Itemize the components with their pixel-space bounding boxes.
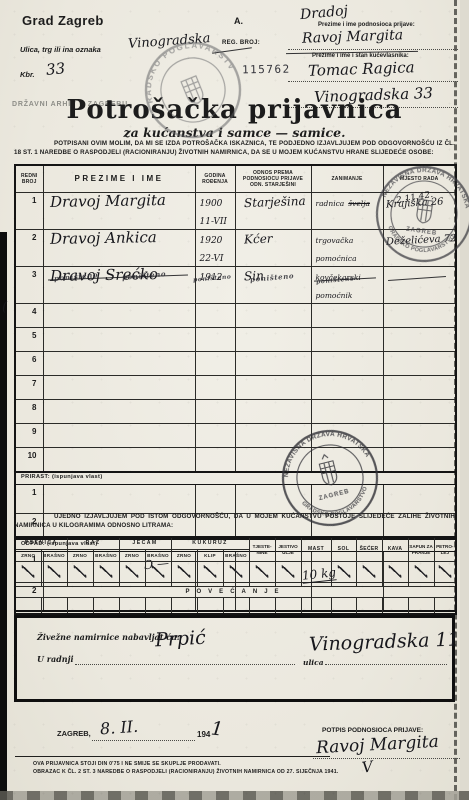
handwritten-birthdate: 22-VI <box>200 255 224 263</box>
dotted-line <box>92 740 195 741</box>
cancel-strike <box>388 276 446 281</box>
table-row: 10 <box>15 448 456 473</box>
form-subtitle: za kućanstva i samce — samice. <box>14 125 455 140</box>
nil-mark <box>230 565 243 579</box>
kbr-label: Kbr. <box>20 70 35 79</box>
dotted-line <box>75 664 295 665</box>
handwritten-occupation: pomoćnica <box>316 255 357 263</box>
handwritten-year: 1920 <box>200 237 223 245</box>
shop-street-handwritten: Vinogradska 11 <box>309 628 460 655</box>
section-letter: A. <box>234 16 243 26</box>
declaration-paragraph: UJEDNO IZJAVLJUJEM POD ISTOM ODGOVORNOŠĆ… <box>14 513 455 530</box>
prirast-row: 1 <box>15 485 456 514</box>
stamp-center-text: ZAGREB <box>318 489 350 502</box>
col-header-relation: ODNOS PREMA PODNOSIOCU PRIJAVE ODN. STAR… <box>235 165 311 193</box>
left-scan-bar <box>0 232 7 800</box>
nil-mark <box>438 565 451 579</box>
nil-mark <box>282 565 295 579</box>
supplies-table: PŠENICA RAŽ JEČAM KUKURUZ TJESTE- NINE J… <box>14 536 457 615</box>
fineprint-line2: OBRAZAC K ČL. 2 ST. 3 NAREDBE O RASPODJE… <box>33 769 338 775</box>
table-row: 6 <box>15 352 456 376</box>
nil-mark <box>337 565 350 579</box>
kbr-handwritten: 33 <box>45 59 66 79</box>
table-row: 4 <box>15 304 456 328</box>
scanned-form-page: ( Grad Zagreb Ulica, trg ili ina oznaka … <box>0 0 469 800</box>
signature-flourish: V <box>361 757 374 776</box>
nil-mark <box>415 565 428 579</box>
handwritten-relation: Kćer <box>243 232 272 247</box>
handwritten-relation: Starješina <box>243 194 305 210</box>
nil-mark <box>204 565 217 579</box>
handwritten-name: Dravoj Ankica <box>49 228 156 248</box>
nil-mark <box>152 565 165 579</box>
dotted-line <box>288 49 458 50</box>
ulica-label: ulica <box>303 658 324 667</box>
supplies-group-header: PŠENICA RAŽ JEČAM KUKURUZ TJESTE- NINE J… <box>15 537 456 550</box>
shop-name-handwritten: Prpić <box>154 627 206 652</box>
handwritten-birthdate: 11-VII <box>200 218 227 226</box>
table-row: 5 <box>15 328 456 352</box>
povecanje-band: POVEĆANJE <box>15 587 456 598</box>
applicant-handwritten: Ravoj Margita <box>302 27 404 47</box>
u-radnji-label: U radnji <box>37 654 74 664</box>
handwritten-occupation: trgovačka <box>316 237 354 245</box>
landlord-name-handwritten: Tomac Ragica <box>308 58 415 80</box>
table-row: 8 <box>15 400 456 424</box>
handwritten-name: Dravoj Margita <box>49 191 165 211</box>
stamp-center-text: ZAGREB <box>406 227 438 237</box>
date-handwritten: 8. II. <box>99 717 138 739</box>
footer-divider <box>15 756 330 757</box>
prirast-band: PRIRAST: (ispunjava vlast) <box>15 472 456 485</box>
intro-paragraph: POTPISANI OVIM MOLIM, DA MI SE IZDA POTR… <box>14 140 455 157</box>
shop-box: Živežne namirnice nabavljat ću: U radnji… <box>14 615 455 702</box>
handwritten-year: 1900 <box>200 200 223 208</box>
table-row: 7 <box>15 376 456 400</box>
col-header-year: GODINA ROĐENJA <box>195 165 235 193</box>
handwritten-occupation-struck: švelja <box>348 200 370 208</box>
year-printed: 194 <box>197 730 210 739</box>
place-label: ZAGREB, <box>57 729 91 738</box>
city-name: Grad Zagreb <box>22 13 104 28</box>
col-header-occupation: ZANIMANJE <box>311 165 383 193</box>
nil-mark <box>256 565 269 579</box>
round-stamp-ndh-table: NEZAVISNA DRŽAVA HRVATSKA GRADSKO POGLAV… <box>368 158 469 271</box>
nil-mark <box>363 565 376 579</box>
table-row-cancelled: 3 Dravoj Srećko poništeno poništeno 1912… <box>15 267 456 304</box>
nil-mark <box>126 565 139 579</box>
nil-mark <box>389 565 402 579</box>
handwritten-occupation: pomoćnik <box>316 292 353 300</box>
col-header-num: REDNI BROJ <box>15 165 43 193</box>
dotted-line <box>325 664 447 665</box>
nil-mark <box>100 565 113 579</box>
street-label: Ulica, trg ili ina oznaka <box>20 45 101 54</box>
nil-mark <box>178 565 191 579</box>
dotted-line <box>313 758 460 759</box>
reg-number-stamp: 115762 <box>242 63 291 77</box>
handwritten-occupation: radnica <box>316 200 345 208</box>
col-header-name: PREZIME I IME <box>43 165 195 193</box>
signature-handwritten: Ravoj Margita <box>316 732 440 758</box>
table-row: 9 <box>15 424 456 448</box>
supplies-values-row: 10 kg <box>15 562 456 587</box>
nil-mark <box>74 565 87 579</box>
nil-mark <box>48 565 61 579</box>
supplies-empty-row <box>15 598 456 615</box>
fineprint-line1: OVA PRIJAVNICA STOJI DIN 0'75 I NE SMIJE… <box>33 761 221 767</box>
stray-pen-mark: ( <box>2 300 7 315</box>
year-handwritten: 1 <box>210 717 224 740</box>
scribble-handwritten: Dradoj <box>299 3 348 23</box>
nil-mark <box>22 565 35 579</box>
right-edge-strip <box>460 0 469 800</box>
bottom-scan-strip <box>0 791 469 800</box>
dotted-line <box>288 81 458 82</box>
